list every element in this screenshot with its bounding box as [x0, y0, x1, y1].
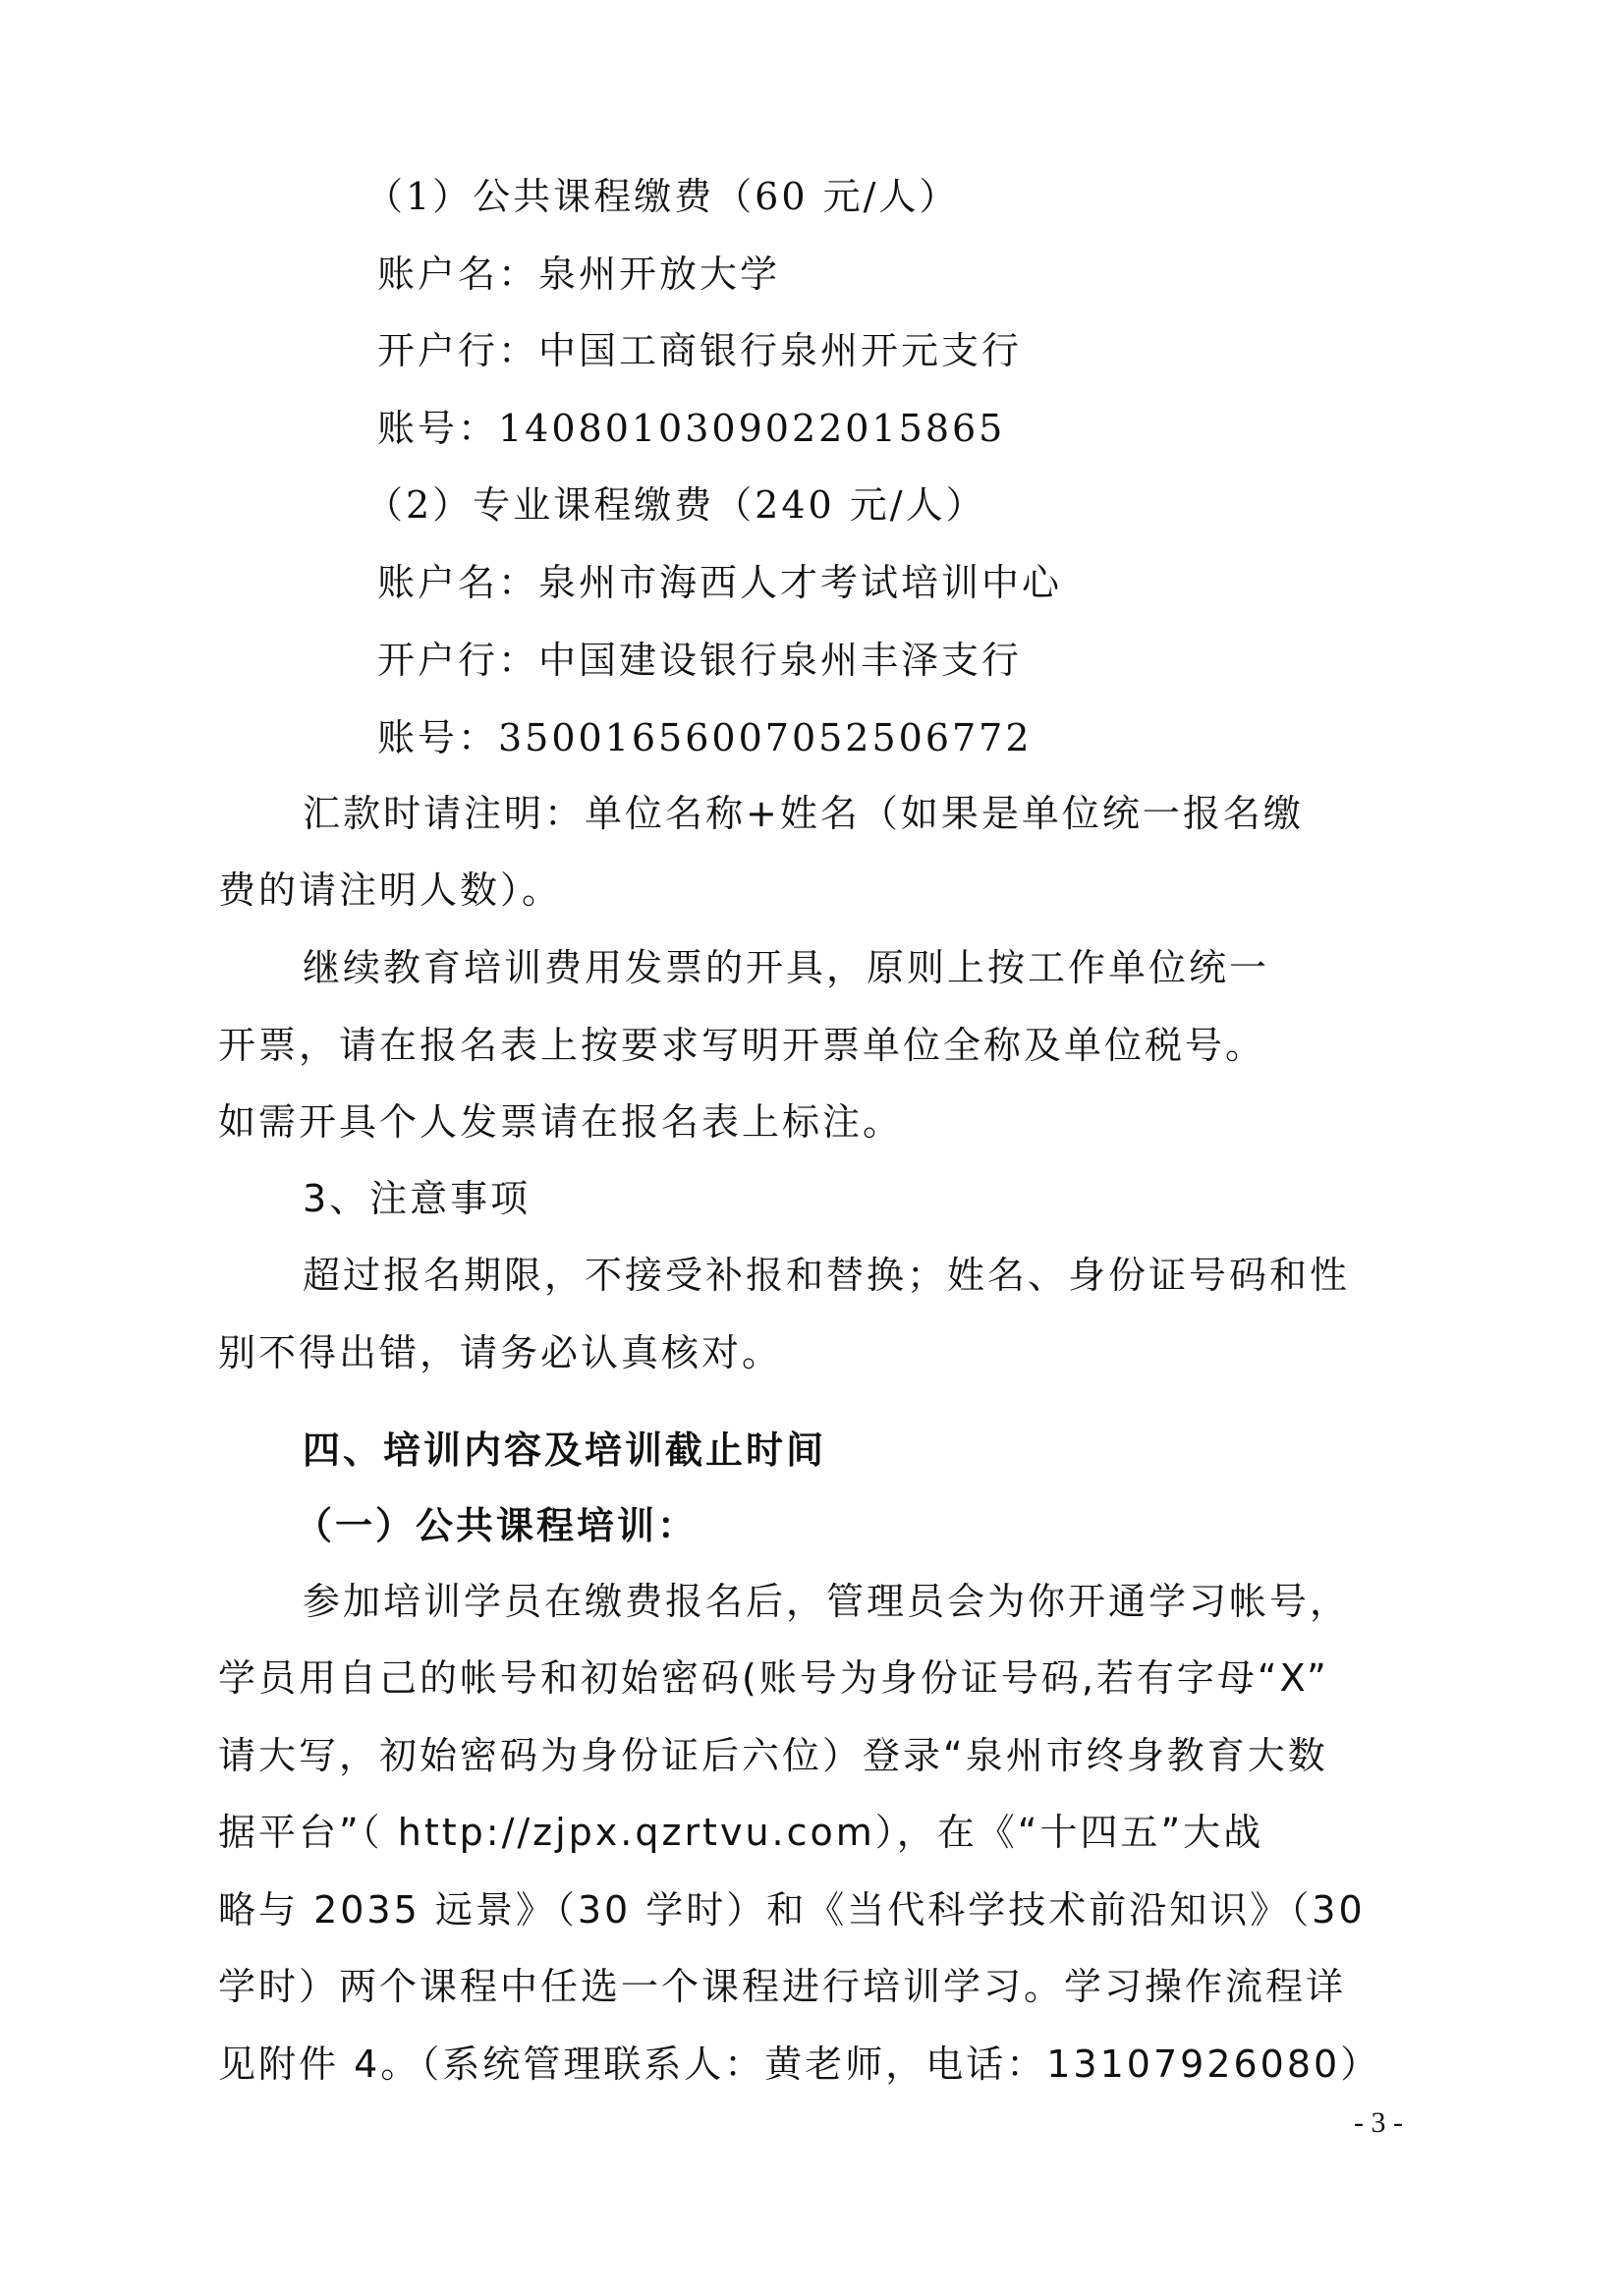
document-page: （1）公共课程缴费（60 元/人） 账户名：泉州开放大学 开户行：中国工商银行泉… — [0, 0, 1624, 2296]
section-body-line: 见附件 4。（系统管理联系人：黄老师，电话：13107926080） — [218, 2041, 1380, 2088]
invoice-note-line: 如需开具个人发票请在报名表上标注。 — [218, 1098, 903, 1146]
public-account-number: 账号：1408010309022015865 — [377, 405, 1005, 452]
notice-line: 超过报名期限，不接受补报和替换；姓名、身份证号码和性 — [303, 1252, 1350, 1299]
invoice-note-line: 开票，请在报名表上按要求写明开票单位全称及单位税号。 — [218, 1022, 1265, 1069]
page-number: - 3 - — [1354, 2106, 1403, 2140]
notice-line: 别不得出错，请务必认真核对。 — [218, 1329, 782, 1376]
professional-course-fee-title: （2）专业课程缴费（240 元/人） — [365, 481, 986, 529]
public-bank: 开户行：中国工商银行泉州开元支行 — [377, 327, 1022, 374]
professional-account-name: 账户名：泉州市海西人才考试培训中心 — [377, 559, 1062, 606]
section-body-line: 据平台”（ http://zjpx.qzrtvu.com），在《“十四五”大战 — [218, 1809, 1263, 1856]
professional-bank: 开户行：中国建设银行泉州丰泽支行 — [377, 637, 1022, 684]
section-body-line: 学员用自己的帐号和初始密码(账号为身份证号码,若有字母“X” — [218, 1654, 1329, 1702]
professional-account-number: 账号：35001656007052506772 — [377, 714, 1033, 761]
section-body-line: 略与 2035 远景》（30 学时）和《当代科学技术前沿知识》（30 — [218, 1886, 1366, 1933]
invoice-note-line: 继续教育培训费用发票的开具，原则上按工作单位统一 — [303, 944, 1269, 991]
section-body-line: 请大写，初始密码为身份证后六位）登录“泉州市终身教育大数 — [218, 1732, 1328, 1779]
remit-note-line: 汇款时请注明：单位名称+姓名（如果是单位统一报名缴 — [303, 790, 1304, 837]
remit-note-line: 费的请注明人数）。 — [218, 867, 562, 914]
section-subheading: （一）公共课程培训： — [295, 1502, 698, 1549]
public-course-fee-title: （1）公共课程缴费（60 元/人） — [365, 173, 959, 220]
section-body-line: 学时）两个课程中任选一个课程进行培训学习。学习操作流程详 — [218, 1963, 1346, 2010]
public-account-name: 账户名：泉州开放大学 — [377, 251, 780, 298]
section-body-line: 参加培训学员在缴费报名后，管理员会为你开通学习帐号， — [303, 1578, 1350, 1625]
notice-heading: 3、注意事项 — [303, 1175, 531, 1222]
section-heading: 四、培训内容及培训截止时间 — [303, 1427, 826, 1474]
